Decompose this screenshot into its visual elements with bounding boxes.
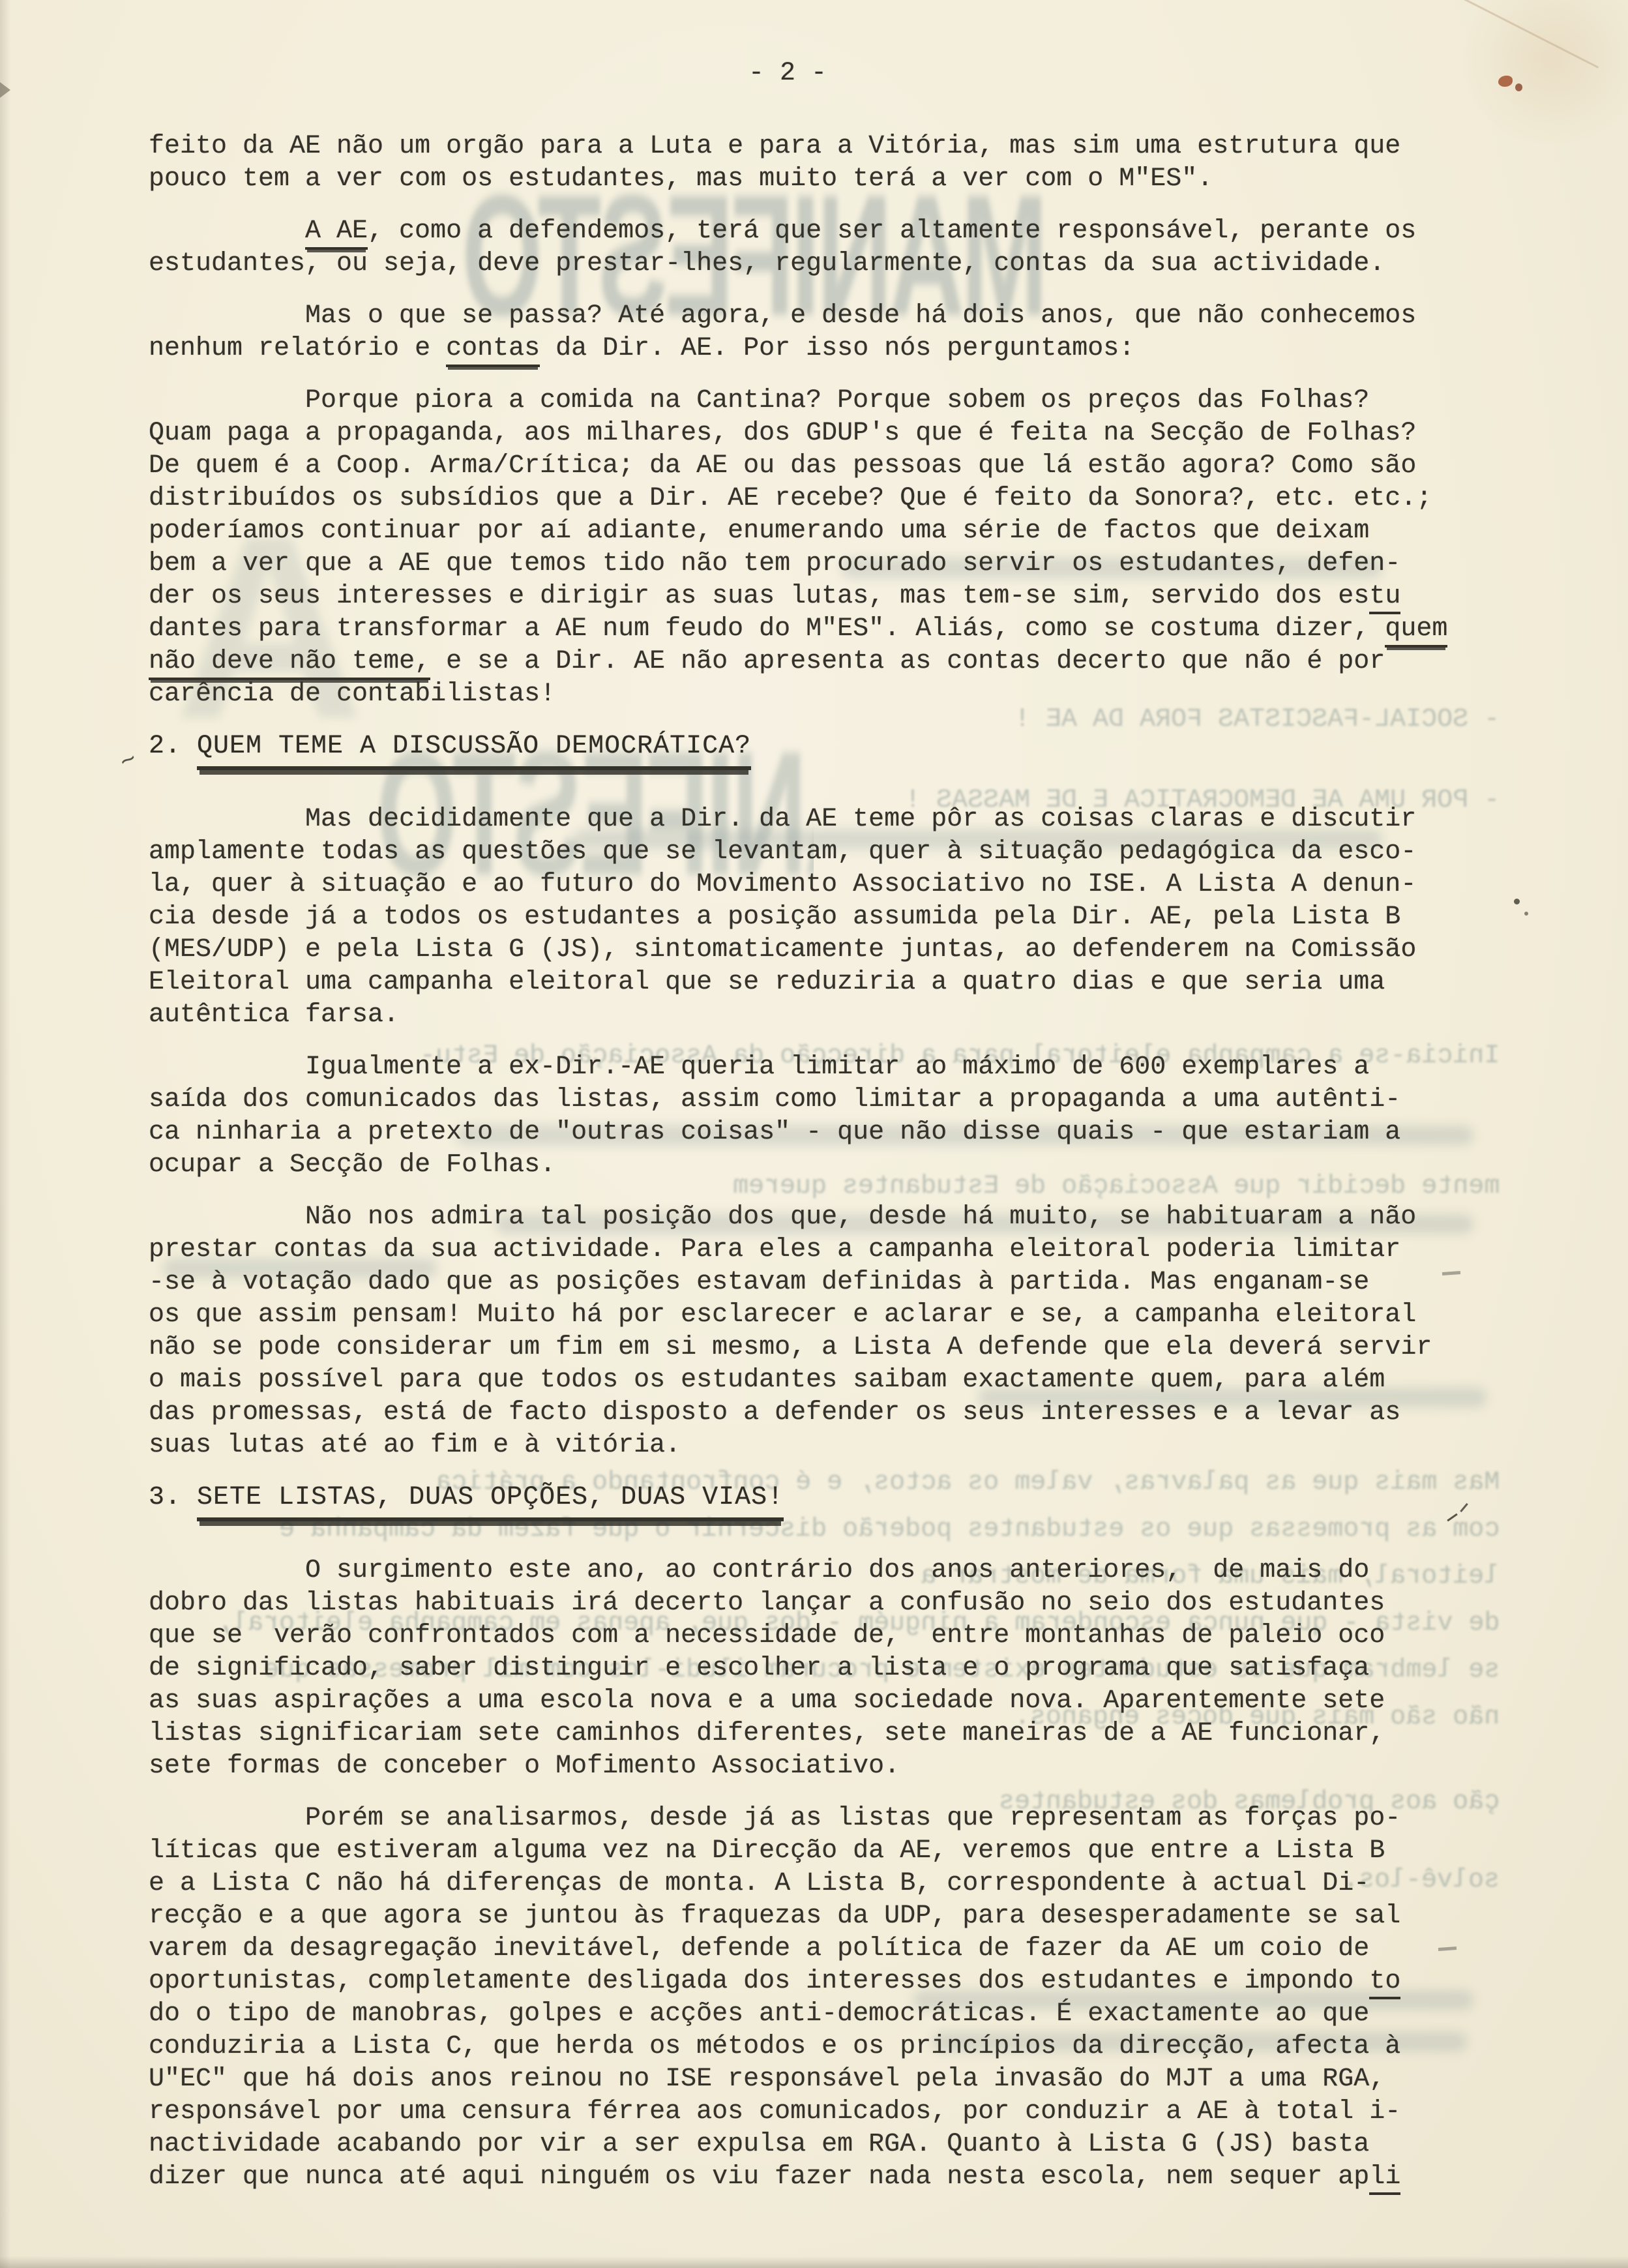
pen-tick: ~ — [115, 745, 143, 779]
section-heading-3: 3.SETE LISTAS, DUAS OPÇÕES, DUAS VIAS! — [149, 1482, 1504, 1514]
page-number: - 2 - — [748, 57, 1504, 90]
paragraph: Igualmente a ex-Dir.-AE queria limitar a… — [149, 1051, 1504, 1182]
continuation-underline: to — [1369, 1967, 1400, 1999]
scan-edge-shadow-left — [0, 0, 10, 2268]
paragraph: Mas o que se passa? Até agora, e desde h… — [149, 300, 1504, 365]
ink-speck — [1524, 912, 1528, 916]
continuation-underline: tu — [1369, 582, 1400, 614]
scanned-document-page: MANIFESTO MANIFESTO A - SOCIAL-FASCISTAS… — [0, 0, 1628, 2268]
typewritten-text: - 2 - feito da AE não um orgão para a Lu… — [149, 57, 1504, 2213]
underlined-phrase: contas — [446, 334, 540, 367]
paragraph: Não nos admira tal posição dos que, desd… — [149, 1201, 1504, 1462]
section-heading-2: 2.QUEM TEME A DISCUSSÃO DEMOCRÁTICA? — [149, 730, 1504, 763]
continuation-underline: li — [1369, 2162, 1400, 2195]
paragraph: Porque piora a comida na Cantina? Porque… — [149, 385, 1504, 711]
ink-speck — [1514, 899, 1520, 904]
rust-stain-small — [1515, 83, 1522, 91]
section-number: 3. — [149, 1483, 181, 1512]
paragraph: A AE, como a defendemos, terá que ser al… — [149, 215, 1504, 280]
paragraph: O surgimento este ano, ao contrário dos … — [149, 1555, 1504, 1783]
underlined-phrase: A AE — [305, 216, 368, 250]
scan-edge-shadow — [0, 2256, 1628, 2268]
paper-notch — [0, 82, 10, 98]
paragraph: Mas decididamente que a Dir. da AE teme … — [149, 803, 1504, 1032]
section-number: 2. — [149, 732, 181, 761]
paragraph: Porém se analisarmos, desde já as listas… — [149, 1802, 1504, 2194]
section-title: QUEM TEME A DISCUSSÃO DEMOCRÁTICA? — [197, 732, 751, 770]
paragraph-continuation: feito da AE não um orgão para a Luta e p… — [149, 130, 1504, 196]
section-title: SETE LISTAS, DUAS OPÇÕES, DUAS VIAS! — [197, 1483, 784, 1521]
